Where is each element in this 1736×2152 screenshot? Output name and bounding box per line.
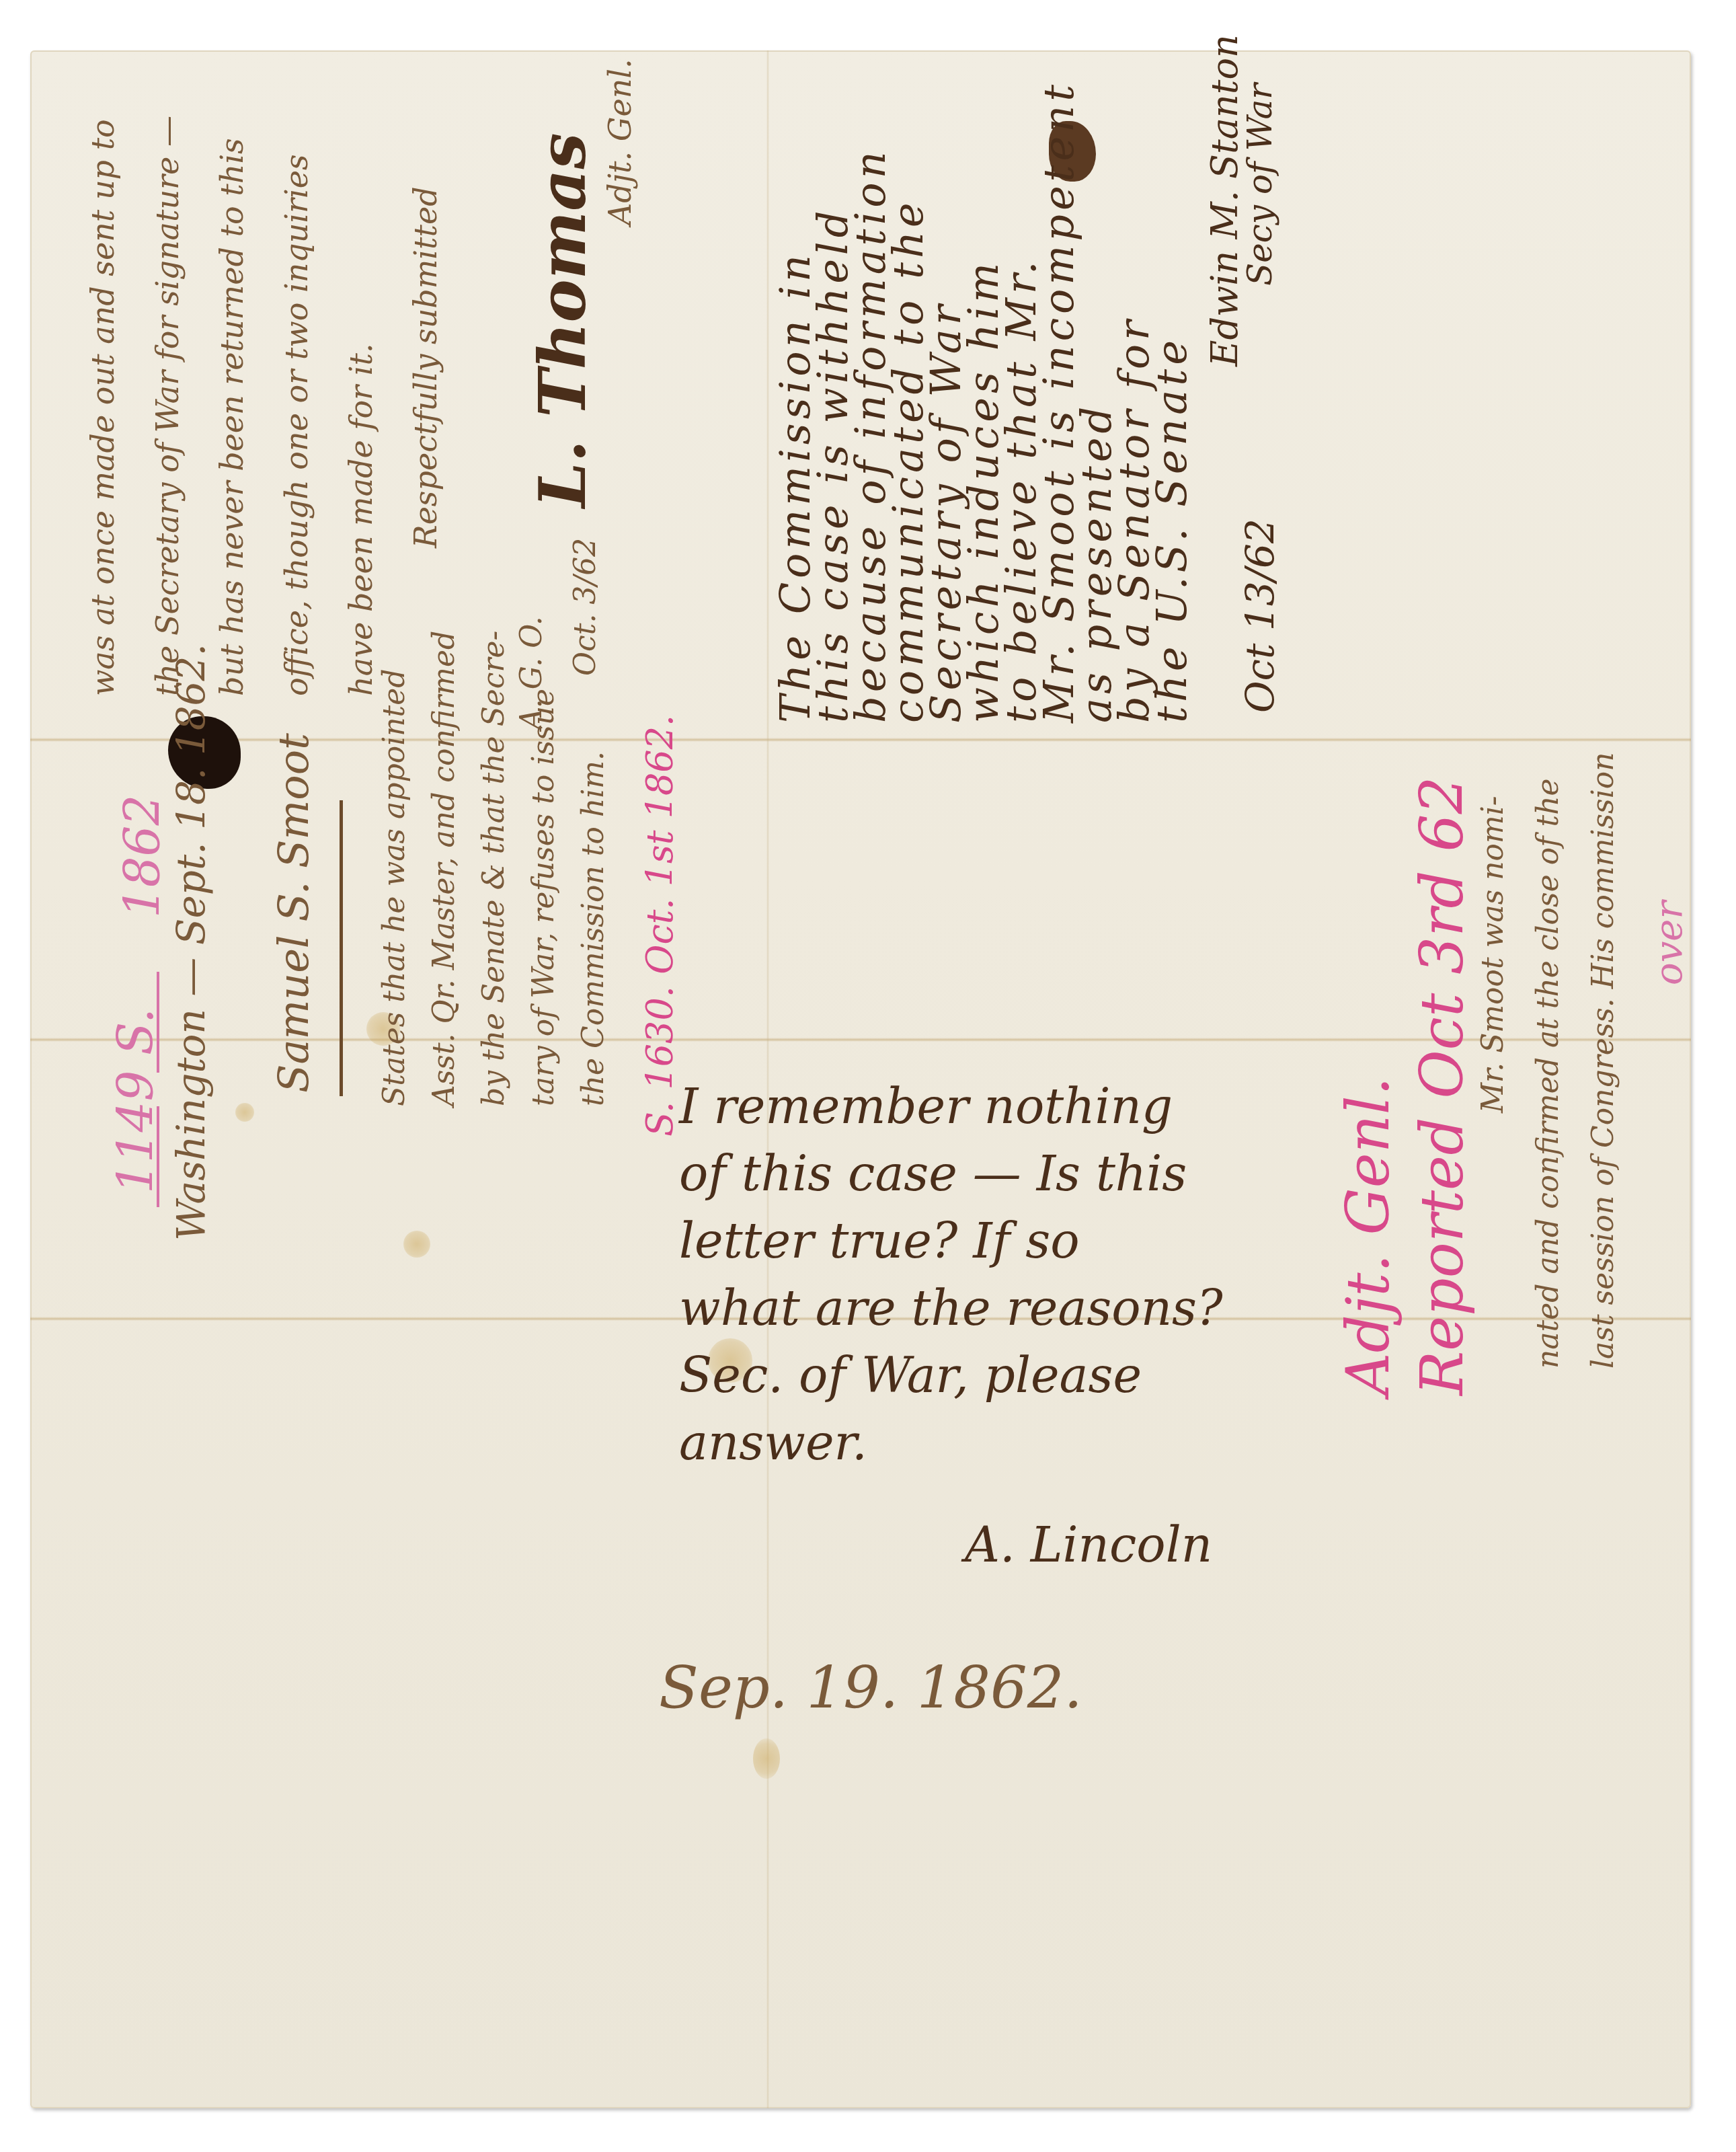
docket-summary-line: Asst. Qr. Master, and confirmed [420, 631, 469, 1106]
docket-rule [157, 1106, 159, 1207]
lincoln-endorsement: I remember nothing of this case — Is thi… [679, 1073, 1223, 1476]
docket-rule [157, 972, 159, 1073]
stanton-endorsement: The Commission in this case is withheld … [777, 81, 1191, 723]
lincoln-line: what are the reasons? [679, 1274, 1223, 1342]
over-note: over [1647, 901, 1691, 985]
stanton-title: Secy of War [1240, 83, 1279, 286]
docket-summary-line: tary of War, refuses to issue [519, 631, 569, 1106]
adjutant-report-line: last session of Congress. His commission [1576, 752, 1631, 1369]
adjutant-signature: L. Thomas [524, 133, 600, 508]
adjutant-letter-line: the Secretary of War for signature — [135, 116, 200, 696]
docket-place-date: Washington — Sept. 18. 1862. [168, 644, 214, 1241]
lincoln-line: I remember nothing [679, 1073, 1223, 1140]
stanton-line: the U.S. Senate [1153, 81, 1191, 723]
lincoln-line: letter true? If so [679, 1207, 1223, 1274]
adjutant-letter-continuation: was at once made out and sent up to the … [71, 116, 458, 696]
document-paper: was at once made out and sent up to the … [30, 50, 1691, 2108]
adjutant-report-line: nated and confirmed at the close of the [1521, 752, 1576, 1369]
docket-file-number: 1149 S. [108, 1008, 164, 1194]
docket-name-underline [340, 800, 343, 1096]
lincoln-line: of this case — Is this [679, 1140, 1223, 1207]
docket-summary-line: States that he was appointed [370, 631, 420, 1106]
adjutant-letter-closing: Respectfully submitted [393, 116, 458, 696]
adjutant-letter-line: but has never been returned to this [200, 116, 264, 696]
lincoln-date: Sep. 19. 1862. [659, 1654, 1082, 1722]
water-stain [403, 1231, 430, 1258]
water-stain [235, 1103, 254, 1122]
adjutant-title: Adjt. Genl. [602, 59, 638, 225]
adjutant-letter-line: have been made for it. [329, 116, 393, 696]
docket-summary-line: the Commission to him. [569, 631, 619, 1106]
adjutant-report-pink-line: Adjt. Genl. [1331, 776, 1405, 1395]
adjutant-report-pink: Adjt. Genl. Reported Oct 3rd 62 [1331, 776, 1479, 1395]
docket-summary-line: by the Senate & that the Secre- [469, 631, 519, 1106]
adjutant-letter-line: office, though one or two inquiries [264, 116, 329, 696]
lincoln-line: answer. [679, 1409, 1223, 1476]
adjutant-letter-line: was at once made out and sent up to [71, 116, 135, 696]
docket-summary: States that he was appointed Asst. Qr. M… [370, 631, 619, 1106]
lincoln-line: Sec. of War, please [679, 1342, 1223, 1409]
lincoln-signature: A. Lincoln [965, 1516, 1212, 1573]
docket-registry: S. 1630. Oct. 1st 1862. [639, 715, 681, 1137]
stanton-date: Oct 13/62 [1237, 518, 1283, 713]
stanton-signature: Edwin M. Stanton [1204, 34, 1246, 367]
adjutant-report-text: Mr. Smoot was nomi- nated and confirmed … [1466, 752, 1631, 1369]
docket-year: 1862 [114, 795, 171, 918]
adjutant-report-line: Mr. Smoot was nomi- [1466, 752, 1521, 1369]
docket-name: Samuel S. Smoot [269, 733, 318, 1093]
water-stain [753, 1738, 780, 1779]
